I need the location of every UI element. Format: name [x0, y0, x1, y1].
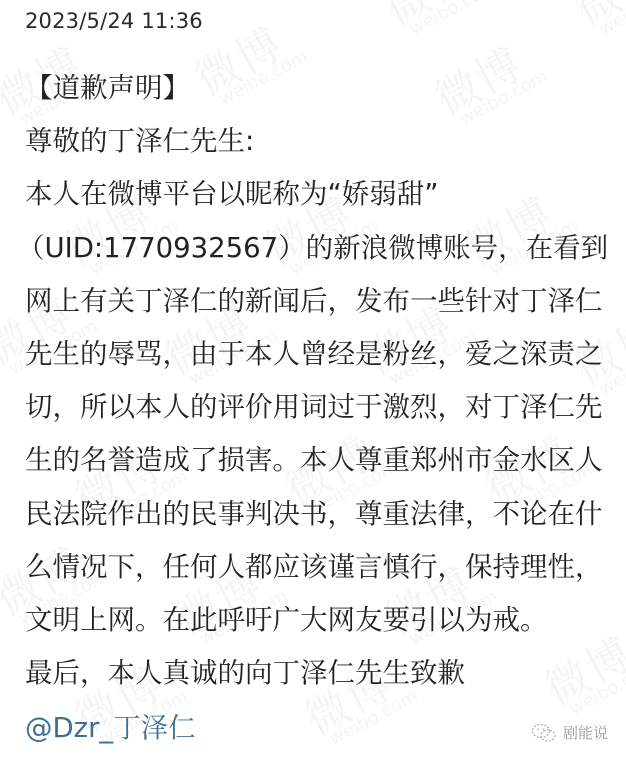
post-text-line: 先生的辱骂，由于本人曾经是粉丝，爱之深责之 [25, 332, 615, 385]
user-mention-link[interactable]: @Dzr_丁泽仁 [25, 706, 196, 750]
source-label: 剧能说 [563, 722, 608, 743]
salutation: 尊敬的丁泽仁先生: [25, 119, 615, 172]
weibo-post: 2023/5/24 11:36 【道歉声明】 尊敬的丁泽仁先生: 本人在微博平台… [0, 0, 626, 758]
post-text-line: 文明上网。在此呼吁广大网友要引以为戒。 [25, 598, 615, 651]
post-text-line: 民法院作出的民事判决书，尊重法律，不论在什 [25, 492, 615, 545]
closing-line: 最后，本人真诚的向丁泽仁先生致歉 [25, 651, 615, 704]
post-text-line: 切，所以本人的评价用词过于激烈，对丁泽仁先 [25, 385, 615, 438]
post-text-line: （UID:1770932567）的新浪微博账号，在看到 [25, 226, 615, 279]
post-text-line: 网上有关丁泽仁的新闻后，发布一些针对丁泽仁 [25, 279, 615, 332]
source-watermark: 剧能说 [531, 722, 608, 743]
post-timestamp: 2023/5/24 11:36 [25, 9, 203, 33]
post-body: 【道歉声明】 尊敬的丁泽仁先生: 本人在微博平台以昵称为“娇弱甜” （UID:1… [25, 66, 615, 704]
post-text-line: 么情况下，任何人都应该谨言慎行，保持理性， [25, 545, 615, 598]
wechat-icon [531, 723, 557, 743]
statement-title: 【道歉声明】 [25, 66, 615, 119]
post-text-line: 本人在微博平台以昵称为“娇弱甜” [25, 172, 615, 225]
post-text-line: 生的名誉造成了损害。本人尊重郑州市金水区人 [25, 438, 615, 491]
